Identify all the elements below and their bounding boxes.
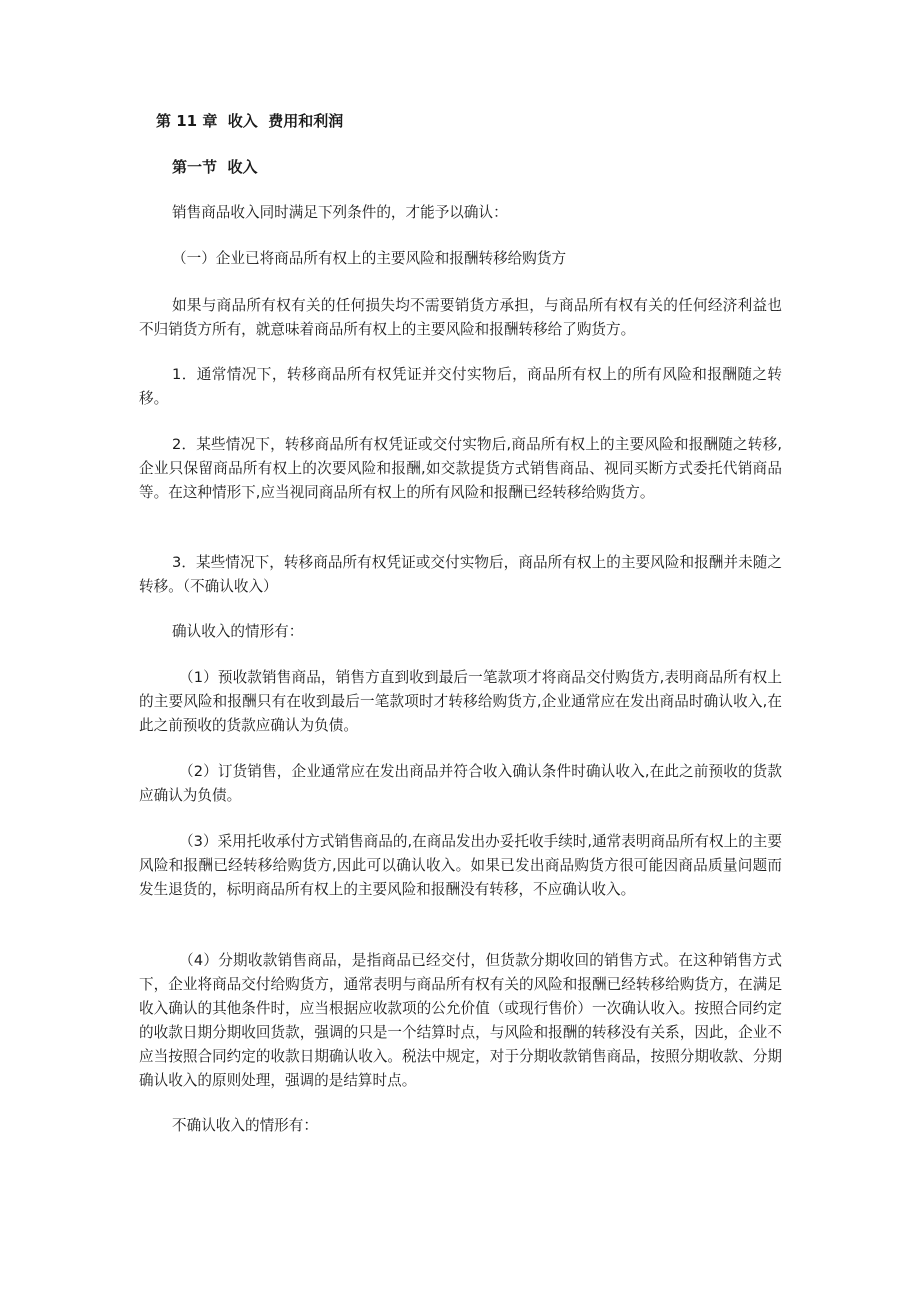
intro-text: 销售商品收入同时满足下列条件的，才能予以确认： (172, 201, 508, 225)
list-item-3: 3．某些情况下，转移商品所有权凭证或交付实物后，商品所有权上的主要风险和报酬并未… (139, 551, 782, 599)
confirm-heading: 确认收入的情形有： (172, 620, 303, 644)
case-3: （3）采用托收承付方式销售商品的,在商品发出办妥托收手续时,通常表明商品所有权上… (139, 830, 782, 902)
paragraph-risk-transfer: 如果与商品所有权有关的任何损失均不需要销货方承担，与商品所有权有关的任何经济利益… (139, 294, 782, 342)
condition-heading: （一）企业已将商品所有权上的主要风险和报酬转移给购货方 (172, 247, 566, 271)
case-1: （1）预收款销售商品，销售方直到收到最后一笔款项才将商品交付购货方,表明商品所有… (139, 666, 782, 738)
list-item-1: 1．通常情况下，转移商品所有权凭证并交付实物后，商品所有权上的所有风险和报酬随之… (139, 363, 782, 411)
chapter-title: 第 11 章 收入 费用和利润 (156, 110, 343, 131)
case-2: （2）订货销售，企业通常应在发出商品并符合收入确认条件时确认收入,在此之前预收的… (139, 760, 782, 808)
list-item-2: 2．某些情况下，转移商品所有权凭证或交付实物后,商品所有权上的主要风险和报酬随之… (139, 433, 782, 505)
section-title: 第一节 收入 (172, 156, 257, 177)
document-page: 第 11 章 收入 费用和利润 第一节 收入 销售商品收入同时满足下列条件的，才… (0, 0, 920, 1302)
case-4: （4）分期收款销售商品，是指商品已经交付，但货款分期收回的销售方式。在这种销售方… (139, 949, 782, 1093)
not-confirm-heading: 不确认收入的情形有： (172, 1114, 318, 1138)
